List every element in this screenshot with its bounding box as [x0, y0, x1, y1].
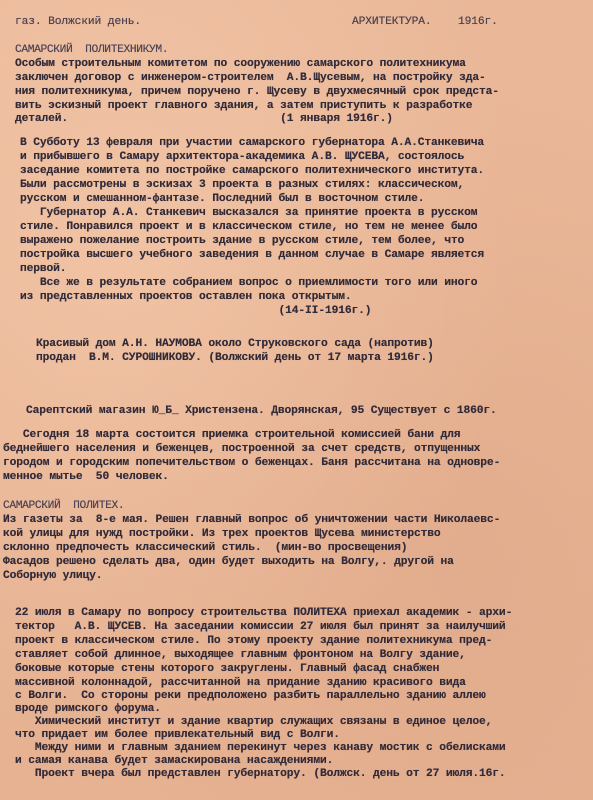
text-line: массивной колоннадой, рассчитанной на пр…: [15, 677, 466, 690]
text-line: вроде римского форума.: [15, 703, 161, 716]
text-line: Красивый дом А.Н. НАУМОВА около Струковс…: [36, 338, 434, 351]
newspaper-source: газ. Волжский день.: [15, 16, 141, 29]
text-line: тектор А.В. ЩУСЕВ. На заседании комиссии…: [15, 621, 506, 634]
text-line: что придает им более привлекательный вид…: [15, 729, 340, 742]
text-line: русском и смешанном-фантазе. Последний б…: [20, 193, 424, 206]
text-line: Из газеты за 8-е мая. Решен главный вопр…: [3, 514, 500, 527]
text-line: Губернатор А.А. Станкевич высказался за …: [20, 207, 477, 220]
text-line: менное мытье 50 человек.: [3, 471, 169, 484]
text-line: ставляет собой длинное, выходящее главны…: [15, 649, 466, 662]
text-line: стиле. Понравился проект и в классическо…: [20, 221, 477, 234]
text-line: Особым строительным комитетом по сооруже…: [15, 58, 466, 71]
section-title: САМАРСКИЙ ПОЛИТЕХНИКУМ.: [15, 44, 168, 57]
text-line: склонно предпочесть классический стиль. …: [3, 542, 407, 555]
text-line: и прибывшего в Самару архитектора-академ…: [20, 151, 464, 164]
text-line: с Волги. Со стороны реки предположено ра…: [15, 690, 486, 703]
text-line: проект в классическом стиле. По этому пр…: [15, 635, 492, 648]
text-line: заключен договор с инженером-строителем …: [15, 72, 486, 85]
text-line: из представленных проектов оставлен пока…: [20, 291, 351, 304]
text-line: боковые которые стены которого закруглен…: [15, 663, 439, 676]
text-line: Между ними и главным зданием перекинут ч…: [15, 742, 506, 755]
text-line: (14-II-1916г.): [20, 305, 371, 318]
text-line: ния политехникума, причем поручено г. Щу…: [15, 86, 499, 99]
text-line: Были рассмотрены в эскизах 3 проекта в р…: [20, 179, 464, 192]
text-line: выражено пожелание построить здание в ру…: [20, 235, 464, 248]
text-line: В Субботу 13 февраля при участии самарск…: [20, 137, 484, 150]
text-line: Сарептский магазин Ю_Б_ Христензена. Дво…: [26, 405, 497, 418]
text-line: вить эскизный проект главного здания, а …: [15, 100, 472, 113]
text-line: Химический институт и здание квартир слу…: [15, 716, 492, 729]
text-line: Проект вчера был представлен губернатору…: [15, 768, 506, 781]
document-category: АРХИТЕКТУРА.: [352, 16, 432, 29]
text-line: деталей. (1 января 1916г.): [15, 113, 393, 126]
text-line: городом и городским попечительством о бе…: [3, 457, 500, 470]
text-line: 22 июля в Самару по вопросу строительств…: [15, 607, 512, 620]
text-line: первой.: [20, 263, 66, 276]
text-line: Все же в результате собранием вопрос о п…: [20, 277, 477, 290]
text-line: Фасадов решено сделать два, один будет в…: [3, 556, 454, 569]
text-line: Сегодня 18 марта состоится приемка строи…: [3, 429, 460, 442]
text-line: заседание комитета по постройке самарско…: [20, 165, 484, 178]
text-line: и самая канава будет замаскирована насаж…: [15, 755, 333, 768]
text-line: кой улицы для нужд постройки. Из трех пр…: [3, 528, 441, 541]
text-line: постройка высшего учебного заведения в д…: [20, 249, 484, 262]
section-title: САМАРСКИЙ ПОЛИТЕХ.: [3, 500, 124, 513]
text-line: беднейшего населения и беженцев, построе…: [3, 443, 480, 456]
text-line: продан В.М. СУРОШНИКОВУ. (Волжский день …: [36, 352, 434, 365]
text-line: Соборную улицу.: [3, 570, 102, 583]
typewritten-document-page: газ. Волжский день. АРХИТЕКТУРА. 1916г. …: [0, 0, 593, 800]
document-year: 1916г.: [458, 16, 498, 29]
